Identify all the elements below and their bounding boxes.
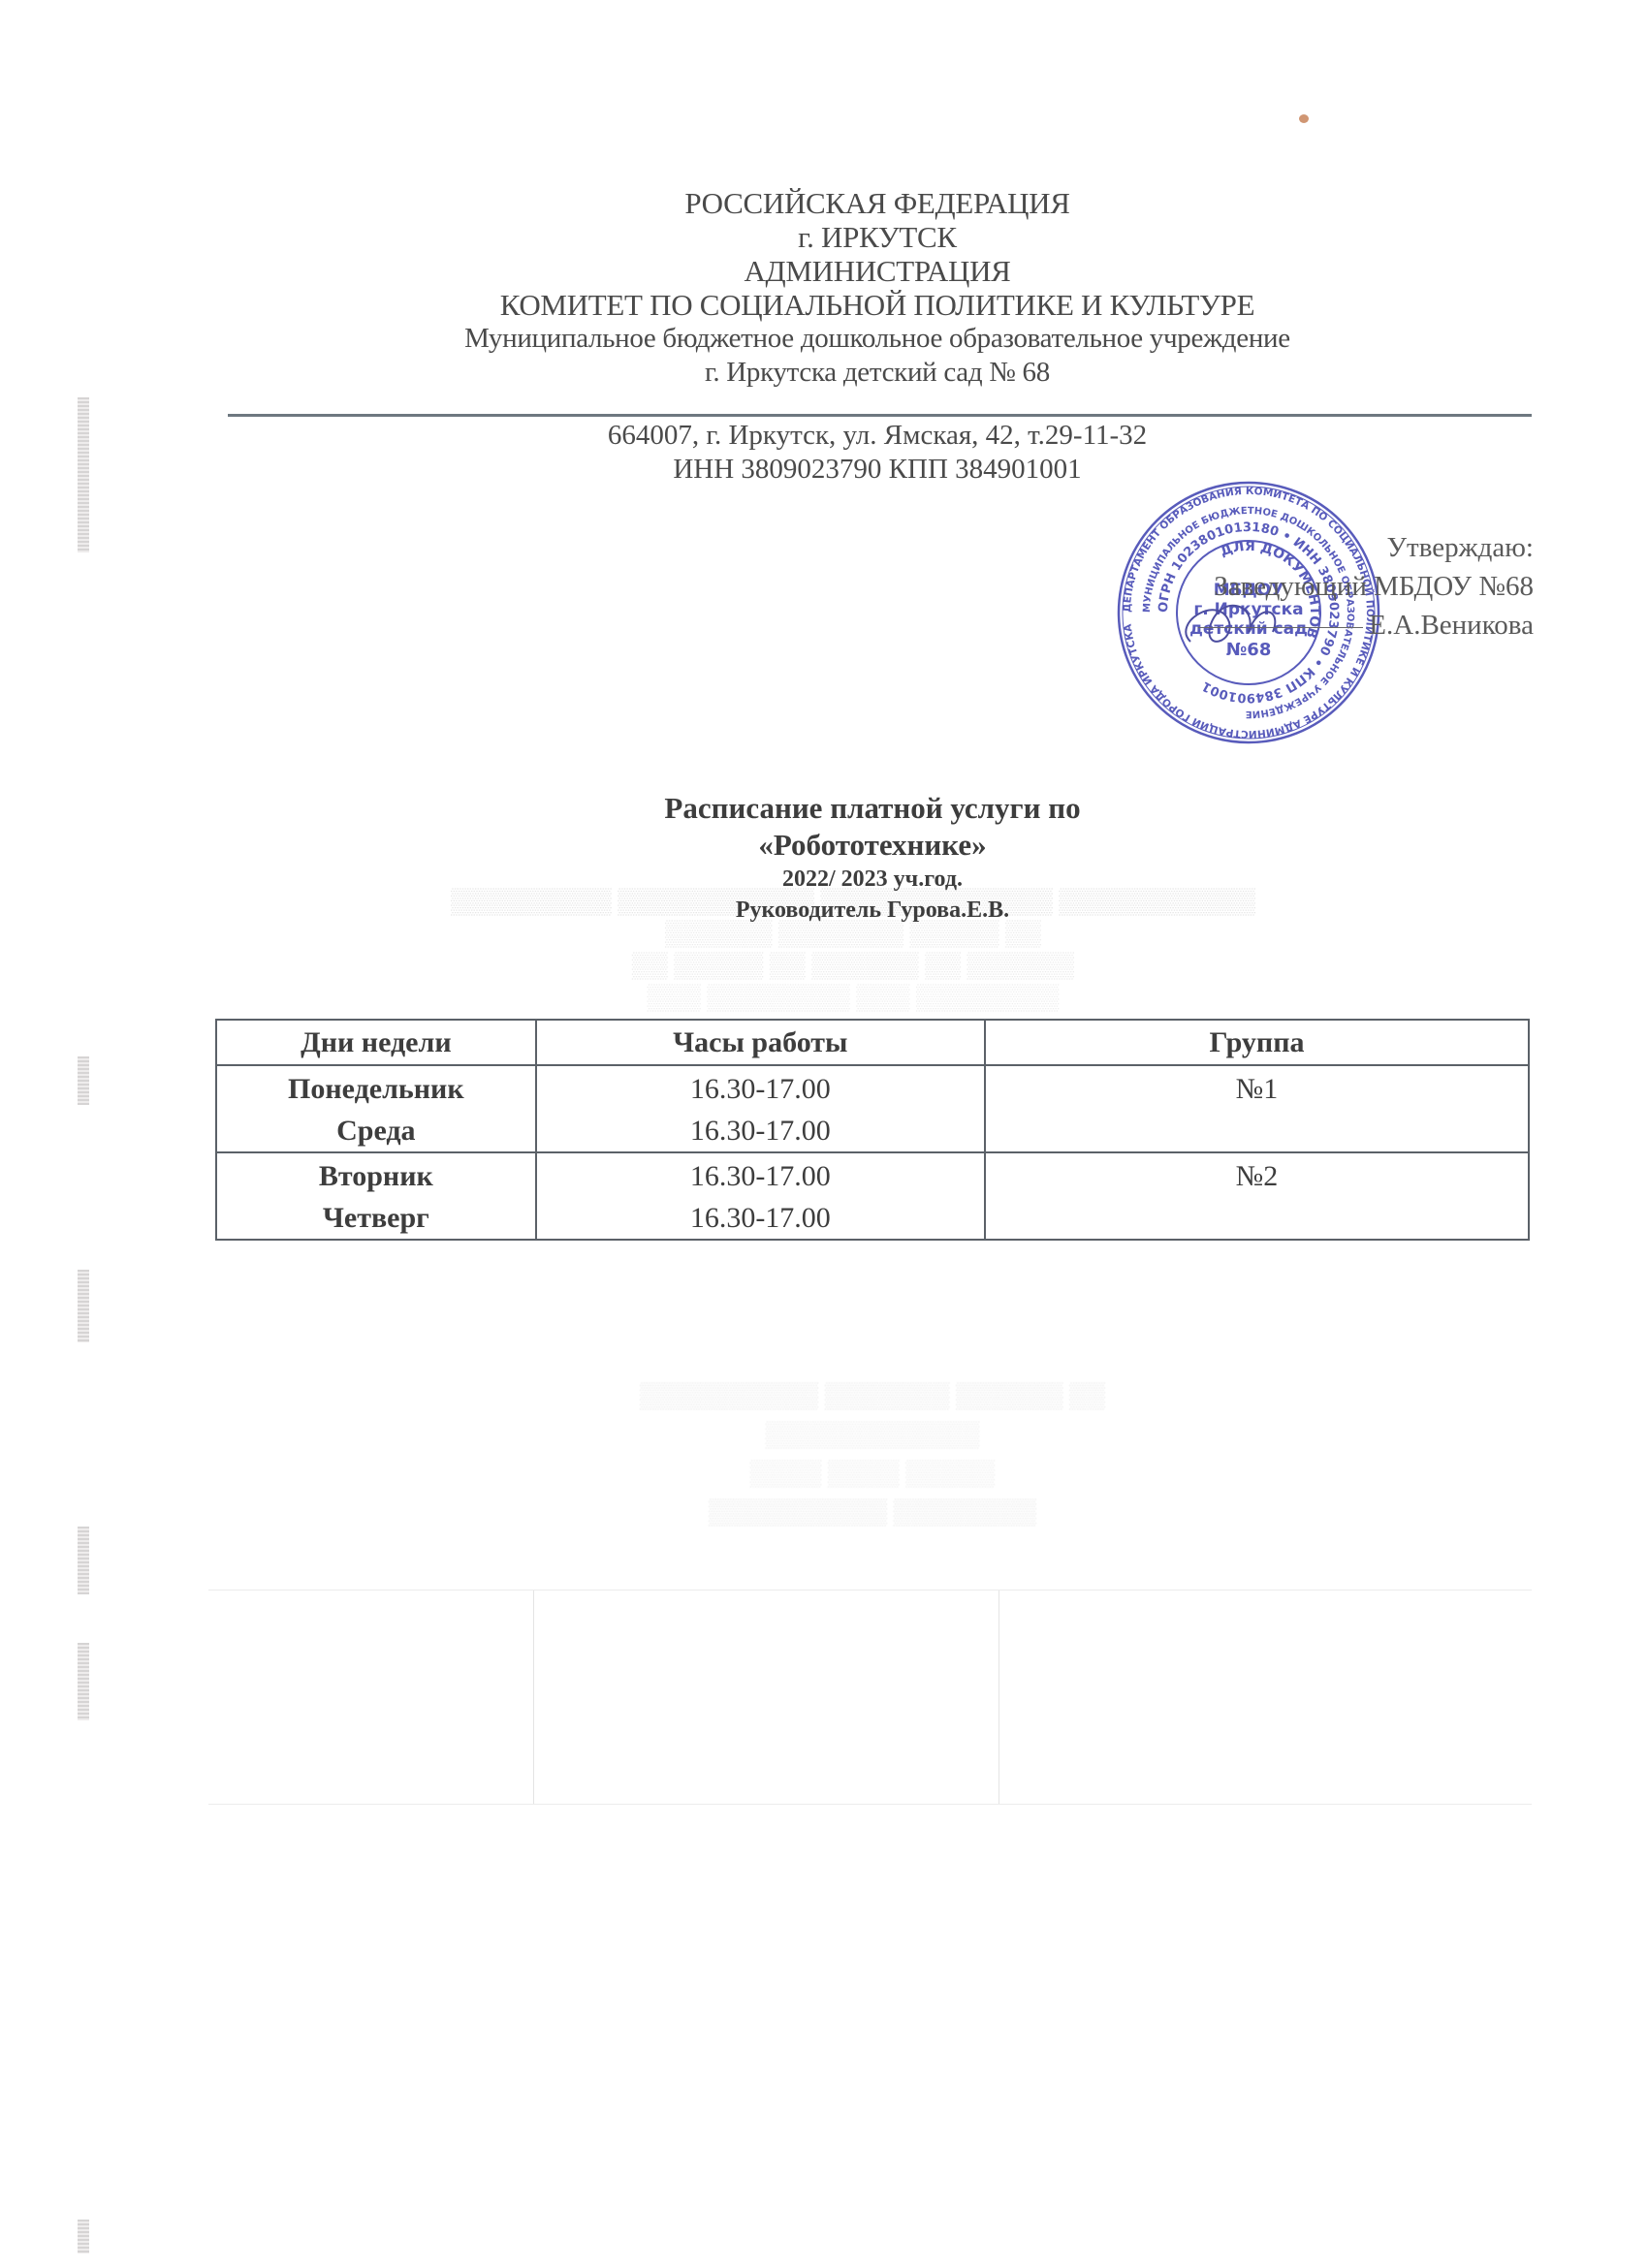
instructor: Руководитель Гурова.Е.В. <box>388 895 1357 926</box>
approval-label: Утверждаю: <box>1198 528 1534 567</box>
scanned-document-page: ▒▒▒▒▒▒▒▒▒ ▒▒▒▒▒▒▒▒▒▒▒ ▒▒▒▒▒▒▒▒▒▒▒▒▒ ▒▒▒▒… <box>0 0 1648 2268</box>
table-header-row: Дни недели Часы работы Группа <box>216 1020 1529 1065</box>
hours-value: 16.30-17.00 <box>537 1197 984 1239</box>
scan-edge-mark <box>78 1527 89 1594</box>
day-label: Вторник <box>217 1155 535 1197</box>
scan-edge-mark <box>78 397 89 552</box>
title-line-2: «Робототехнике» <box>388 827 1357 864</box>
title-line-1: Расписание платной услуги по <box>388 790 1357 827</box>
hours-cell: 16.30-17.00 16.30-17.00 <box>536 1065 985 1152</box>
days-cell: Вторник Четверг <box>216 1152 536 1240</box>
letterhead-institution-type: Муниципальное бюджетное дошкольное образ… <box>223 322 1532 356</box>
table-row: Понедельник Среда 16.30-17.00 16.30-17.0… <box>216 1065 1529 1152</box>
header-group: Группа <box>985 1020 1529 1065</box>
academic-year: 2022/ 2023 уч.год. <box>388 864 1357 895</box>
address-line: 664007, г. Иркутск, ул. Ямская, 42, т.29… <box>223 419 1532 453</box>
ink-speck <box>1299 114 1309 123</box>
letterhead-committee: КОМИТЕТ ПО СОЦИАЛЬНОЙ ПОЛИТИКЕ И КУЛЬТУР… <box>223 288 1532 322</box>
schedule-table: Дни недели Часы работы Группа Понедельни… <box>215 1019 1530 1241</box>
hours-value: 16.30-17.00 <box>537 1155 984 1197</box>
bleed-through-lower: ▒▒▒▒▒▒▒▒▒▒ ▒▒▒▒▒▒▒ ▒▒▒▒▒▒ ▒▒ ▒▒▒▒▒▒▒▒▒▒▒… <box>388 1376 1357 1531</box>
letterhead: РОССИЙСКАЯ ФЕДЕРАЦИЯ г. ИРКУТСК АДМИНИСТ… <box>223 186 1532 390</box>
scan-edge-mark <box>78 1643 89 1720</box>
approval-position: Заведующий МБДОУ №68 <box>1198 567 1534 606</box>
hours-value: 16.30-17.00 <box>537 1068 984 1110</box>
letterhead-country: РОССИЙСКАЯ ФЕДЕРАЦИЯ <box>223 186 1532 220</box>
letterhead-divider <box>228 414 1532 417</box>
scan-edge-mark <box>78 1056 89 1105</box>
day-label: Четверг <box>217 1197 535 1239</box>
scan-edge-mark <box>78 2220 89 2253</box>
header-days: Дни недели <box>216 1020 536 1065</box>
table-row: Вторник Четверг 16.30-17.00 16.30-17.00 … <box>216 1152 1529 1240</box>
signature-line <box>1198 627 1363 628</box>
document-title: Расписание платной услуги по «Робототехн… <box>388 790 1357 926</box>
day-label: Понедельник <box>217 1068 535 1110</box>
group-cell: №1 <box>985 1065 1529 1152</box>
bleed-through-table <box>208 1590 1532 1805</box>
group-cell: №2 <box>985 1152 1529 1240</box>
letterhead-city: г. ИРКУТСК <box>223 220 1532 254</box>
letterhead-administration: АДМИНИСТРАЦИЯ <box>223 254 1532 288</box>
days-cell: Понедельник Среда <box>216 1065 536 1152</box>
day-label: Среда <box>217 1110 535 1151</box>
approval-name: Е.А.Веникова <box>1369 610 1534 641</box>
hours-value: 16.30-17.00 <box>537 1110 984 1151</box>
letterhead-institution-name: г. Иркутска детский сад № 68 <box>223 356 1532 390</box>
scan-edge-mark <box>78 1270 89 1342</box>
header-hours: Часы работы <box>536 1020 985 1065</box>
approval-signatory: Е.А.Веникова <box>1198 606 1534 645</box>
hours-cell: 16.30-17.00 16.30-17.00 <box>536 1152 985 1240</box>
approval-block: Утверждаю: Заведующий МБДОУ №68 Е.А.Вени… <box>1198 528 1534 645</box>
